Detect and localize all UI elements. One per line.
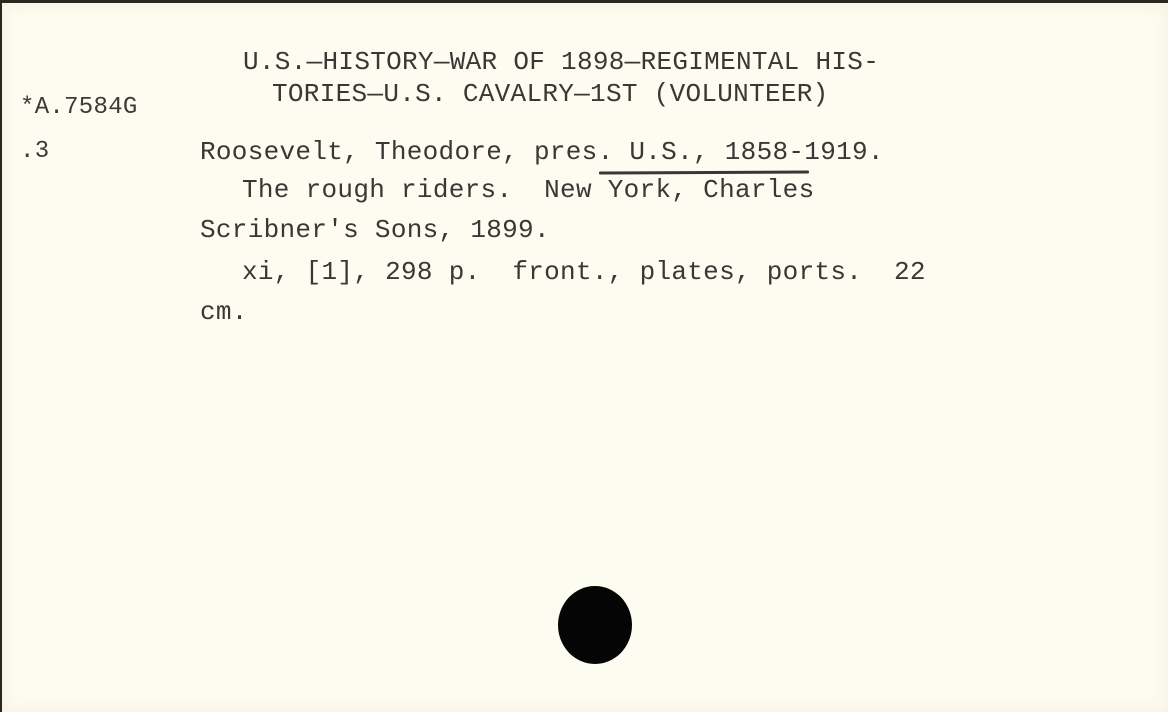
- title-imprint-line-2: Scribner's Sons, 1899.: [200, 215, 550, 245]
- call-number-line-2: .3: [20, 137, 49, 167]
- catalog-card: U.S.—HISTORY—WAR OF 1898—REGIMENTAL HIS-…: [2, 3, 1168, 712]
- subject-heading-line-1: U.S.—HISTORY—WAR OF 1898—REGIMENTAL HIS-: [243, 47, 879, 77]
- typed-underline: [599, 170, 809, 174]
- punch-hole: [558, 586, 632, 664]
- title-imprint-line-1: The rough riders. New York, Charles: [242, 175, 815, 205]
- collation-line-1: xi, [1], 298 p. front., plates, ports. 2…: [242, 257, 926, 287]
- call-number-line-1: *A.7584G: [20, 93, 138, 123]
- subject-heading-line-2: TORIES—U.S. CAVALRY—1ST (VOLUNTEER): [272, 79, 829, 109]
- collation-line-2: cm.: [200, 297, 248, 327]
- main-entry: Roosevelt, Theodore, pres. U.S., 1858-19…: [200, 137, 884, 167]
